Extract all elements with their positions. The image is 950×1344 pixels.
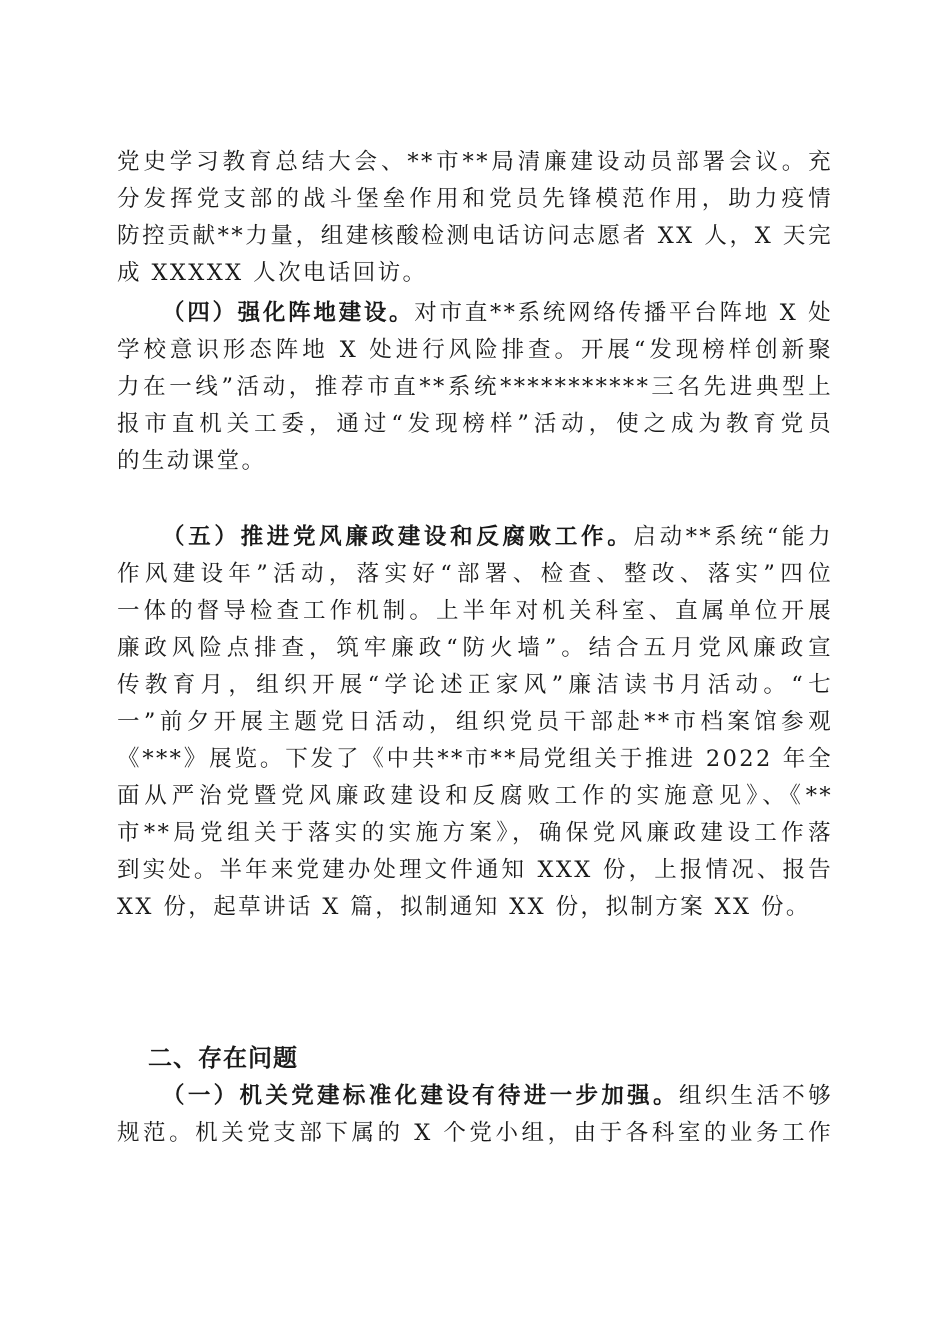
text-line: 的生动课堂。 (117, 446, 833, 476)
text-line: 《***》展览。下发了《中共**市**局党组关于推进 2022 年全 (117, 744, 833, 774)
text-line: XX 份，起草讲话 X 篇，拟制通知 XX 份，拟制方案 XX 份。 (117, 892, 833, 922)
text-line: 分发挥党支部的战斗堡垒作用和党员先锋模范作用，助力疫情 (117, 184, 833, 214)
text-line: 一体的督导检查工作机制。上半年对机关科室、直属单位开展 (117, 596, 833, 626)
subheading-standardization: （一）机关党建标准化建设有待进一步加强。 (162, 1083, 679, 1109)
text-line: 到实处。半年来党建办处理文件通知 XXX 份，上报情况、报告 (117, 855, 833, 885)
text-run: 对市直**系统网络传播平台阵地 X 处 (414, 300, 833, 326)
text-line: 规范。机关党支部下属的 X 个党小组，由于各科室的业务工作 (117, 1118, 833, 1148)
paragraph-first-line: （五）推进党风廉政建设和反腐败工作。启动**系统“能力 (162, 522, 833, 552)
text-run: 组织生活不够 (679, 1083, 833, 1109)
text-line: 面从严治党暨党风廉政建设和反腐败工作的实施意见》、《** (117, 781, 833, 811)
text-run: 启动**系统“能力 (633, 524, 833, 550)
text-line: 传教育月，组织开展“学论述正家风”廉洁读书月活动。“七 (117, 670, 833, 700)
subheading-strengthen-position: （四）强化阵地建设。 (162, 300, 414, 326)
document-page: 党史学习教育总结大会、**市**局清廉建设动员部署会议。充 分发挥党支部的战斗堡… (0, 0, 950, 1344)
text-line: 党史学习教育总结大会、**市**局清廉建设动员部署会议。充 (117, 147, 833, 177)
text-line: 市**局党组关于落实的实施方案》，确保党风廉政建设工作落 (117, 818, 833, 848)
text-line: 一”前夕开展主题党日活动，组织党员干部赴**市档案馆参观 (117, 707, 833, 737)
text-line: 成 XXXXX 人次电话回访。 (117, 258, 833, 288)
text-line: 廉政风险点排查，筑牢廉政“防火墙”。结合五月党风廉政宣 (117, 633, 833, 663)
text-line: 学校意识形态阵地 X 处进行风险排查。开展“发现榜样创新聚 (117, 335, 833, 365)
text-line: 防控贡献**力量，组建核酸检测电话访问志愿者 XX 人，X 天完 (117, 221, 833, 251)
text-line: 力在一线”活动，推荐市直**系统***********三名先进典型上 (117, 372, 833, 402)
section-title-problems: 二、存在问题 (148, 1043, 298, 1073)
text-line: 报市直机关工委，通过“发现榜样”活动，使之成为教育党员 (117, 409, 833, 439)
subheading-anti-corruption: （五）推进党风廉政建设和反腐败工作。 (162, 524, 633, 550)
paragraph-first-line: （四）强化阵地建设。对市直**系统网络传播平台阵地 X 处 (162, 298, 833, 328)
text-line: 作风建设年”活动，落实好“部署、检查、整改、落实”四位 (117, 559, 833, 589)
paragraph-first-line: （一）机关党建标准化建设有待进一步加强。组织生活不够 (162, 1081, 833, 1111)
